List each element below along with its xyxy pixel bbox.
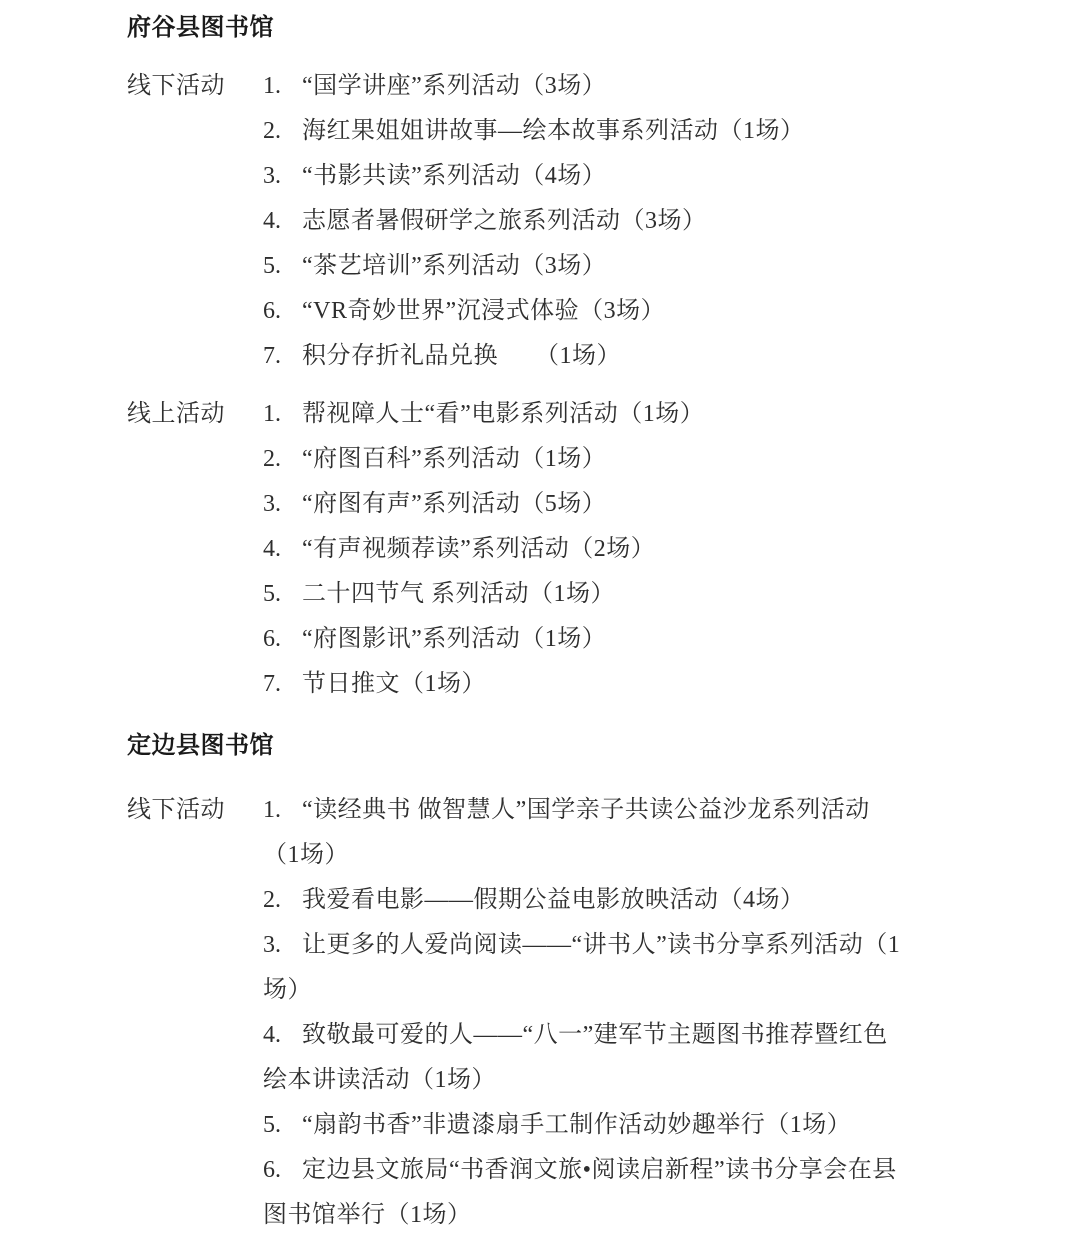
item-number: 4. [263,527,302,572]
item-number: 7. [263,334,302,379]
activity-list: 1.“国学讲座”系列活动（3场） 2.海红果姐姐讲故事—绘本故事系列活动（1场）… [263,64,903,379]
item-text: 二十四节气 系列活动（1场） [302,581,615,607]
activity-item: 1.“读经典书 做智慧人”国学亲子共读公益沙龙系列活动（1场） [263,788,903,878]
item-number: 1. [263,392,302,437]
item-text: 帮视障人士“看”电影系列活动（1场） [302,401,704,427]
item-text: “VR奇妙世界”沉浸式体验（3场） [302,298,665,324]
item-text: 让更多的人爱尚阅读——“讲书人”读书分享系列活动（1场） [263,932,900,1003]
activity-item: 1.“国学讲座”系列活动（3场） [263,64,903,109]
activity-list: 1.帮视障人士“看”电影系列活动（1场） 2.“府图百科”系列活动（1场） 3.… [263,392,903,707]
item-text: “有声视频荐读”系列活动（2场） [302,536,655,562]
item-number: 6. [263,289,302,334]
item-text: 我爱看电影——假期公益电影放映活动（4场） [302,887,805,913]
item-text: 志愿者暑假研学之旅系列活动（3场） [302,208,707,234]
library-heading-dingbian: 定边县图书馆 [127,724,1005,769]
activity-item: 3.“书影共读”系列活动（4场） [263,154,903,199]
activity-item: 6.定边县文旅局“书香润文旅•阅读启新程”读书分享会在县图书馆举行（1场） [263,1148,903,1238]
activity-item: 7.节日推文（1场） [263,662,903,707]
activity-item: 4.“有声视频荐读”系列活动（2场） [263,527,903,572]
item-text: 积分存折礼品兑换 （1场） [302,343,621,369]
activity-list: 1.“读经典书 做智慧人”国学亲子共读公益沙龙系列活动（1场） 2.我爱看电影—… [263,788,903,1238]
item-text: “扇韵书香”非遗漆扇手工制作活动妙趣举行（1场） [302,1112,851,1138]
activity-group-fugu-online: 线上活动 1.帮视障人士“看”电影系列活动（1场） 2.“府图百科”系列活动（1… [127,392,1005,707]
item-number: 3. [263,482,302,527]
activity-type-label: 线下活动 [127,788,263,833]
item-text: “府图百科”系列活动（1场） [302,446,606,472]
item-number: 5. [263,1103,302,1148]
item-number: 2. [263,878,302,923]
item-number: 6. [263,1148,302,1193]
activity-group-dingbian-offline: 线下活动 1.“读经典书 做智慧人”国学亲子共读公益沙龙系列活动（1场） 2.我… [127,788,1005,1238]
item-number: 5. [263,572,302,617]
item-number: 5. [263,244,302,289]
item-number: 3. [263,154,302,199]
activity-item: 5.“扇韵书香”非遗漆扇手工制作活动妙趣举行（1场） [263,1103,903,1148]
activity-item: 6.“府图影讯”系列活动（1场） [263,617,903,662]
item-text: 定边县文旅局“书香润文旅•阅读启新程”读书分享会在县图书馆举行（1场） [263,1157,897,1228]
item-text: “府图有声”系列活动（5场） [302,491,606,517]
activity-item: 2.我爱看电影——假期公益电影放映活动（4场） [263,878,903,923]
item-text: 致敬最可爱的人——“八一”建军节主题图书推荐暨红色绘本讲读活动（1场） [263,1022,888,1093]
item-number: 3. [263,923,302,968]
item-number: 7. [263,662,302,707]
item-text: 海红果姐姐讲故事—绘本故事系列活动（1场） [302,118,805,144]
activity-item: 3.“府图有声”系列活动（5场） [263,482,903,527]
activity-item: 2.海红果姐姐讲故事—绘本故事系列活动（1场） [263,109,903,154]
item-text: “国学讲座”系列活动（3场） [302,73,606,99]
activity-item: 2.“府图百科”系列活动（1场） [263,437,903,482]
activity-item: 6.“VR奇妙世界”沉浸式体验（3场） [263,289,903,334]
activity-item: 5.二十四节气 系列活动（1场） [263,572,903,617]
activity-item: 7.积分存折礼品兑换 （1场） [263,334,903,379]
item-number: 4. [263,199,302,244]
activity-item: 1.帮视障人士“看”电影系列活动（1场） [263,392,903,437]
document-page: 府谷县图书馆 线下活动 1.“国学讲座”系列活动（3场） 2.海红果姐姐讲故事—… [0,0,1080,1248]
item-text: “读经典书 做智慧人”国学亲子共读公益沙龙系列活动（1场） [263,797,870,868]
activity-item: 4.志愿者暑假研学之旅系列活动（3场） [263,199,903,244]
item-text: “茶艺培训”系列活动（3场） [302,253,606,279]
item-text: 节日推文（1场） [302,671,486,697]
item-text: “书影共读”系列活动（4场） [302,163,606,189]
item-number: 4. [263,1013,302,1058]
activity-item: 3.让更多的人爱尚阅读——“讲书人”读书分享系列活动（1场） [263,923,903,1013]
activity-group-fugu-offline: 线下活动 1.“国学讲座”系列活动（3场） 2.海红果姐姐讲故事—绘本故事系列活… [127,64,1005,379]
activity-type-label: 线上活动 [127,392,263,437]
activity-item: 5.“茶艺培训”系列活动（3场） [263,244,903,289]
library-heading-fugu: 府谷县图书馆 [127,6,1005,51]
item-number: 2. [263,437,302,482]
item-number: 6. [263,617,302,662]
item-text: “府图影讯”系列活动（1场） [302,626,606,652]
item-number: 1. [263,788,302,833]
item-number: 2. [263,109,302,154]
activity-item: 4.致敬最可爱的人——“八一”建军节主题图书推荐暨红色绘本讲读活动（1场） [263,1013,903,1103]
activity-type-label: 线下活动 [127,64,263,109]
item-number: 1. [263,64,302,109]
